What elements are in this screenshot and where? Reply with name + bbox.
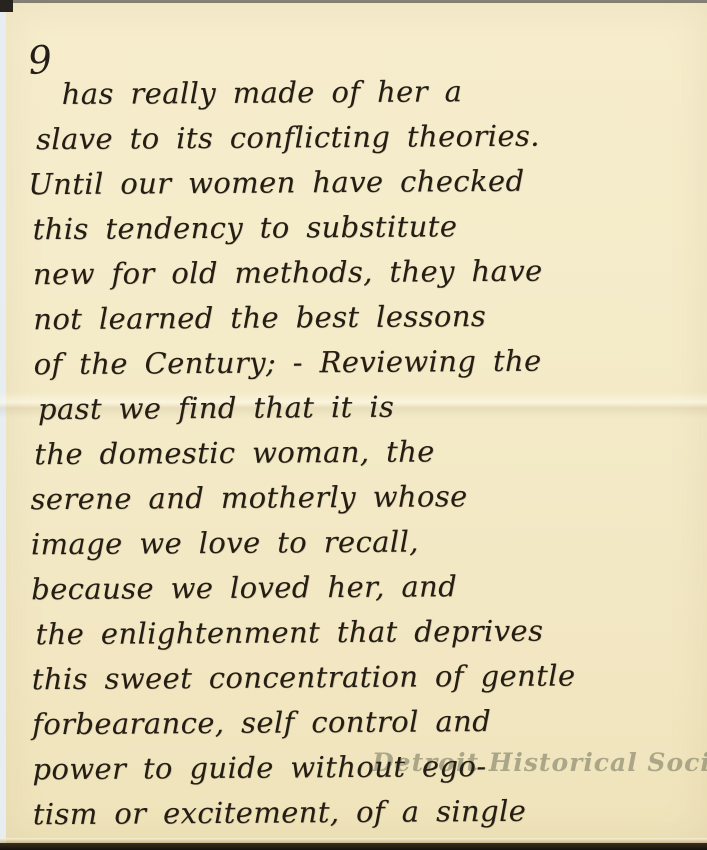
scanned-letter: Detroit Historical Society 9 has really … — [0, 0, 707, 850]
handwriting-line: not learned the best lessons — [29, 293, 684, 343]
handwriting-line: this sweet concentration of gentle — [32, 653, 687, 703]
handwriting-line: Until our women have checked — [28, 158, 683, 208]
scan-bottom-edge — [0, 843, 707, 850]
handwriting-line: slave to its conflicting theories. — [28, 113, 683, 163]
handwriting-line: serene and motherly whose — [30, 473, 685, 523]
scan-corner-mark — [0, 0, 13, 12]
handwriting-line: this tendency to substitute — [29, 203, 684, 253]
handwriting-line: because we loved her, and — [31, 563, 686, 613]
handwriting-line: of the Century; - Reviewing the — [29, 338, 684, 388]
scan-top-edge — [0, 0, 707, 3]
handwriting-line: has really made of her a — [28, 68, 683, 118]
handwriting-line: the domestic woman, the — [30, 428, 685, 478]
handwriting-line: power to guide without ego- — [32, 743, 687, 793]
handwriting-line: tism or excitement, of a single — [33, 788, 688, 838]
handwriting-line: forbearance, self control and — [32, 698, 687, 748]
handwriting-line: the enlightenment that deprives — [31, 608, 686, 658]
handwriting-line: new for old methods, they have — [29, 248, 684, 298]
handwriting-line: past we find that it is — [30, 383, 685, 433]
handwriting-block: has really made of her a slave to its co… — [0, 0, 707, 837]
handwriting-line: image we love to recall, — [31, 518, 686, 568]
